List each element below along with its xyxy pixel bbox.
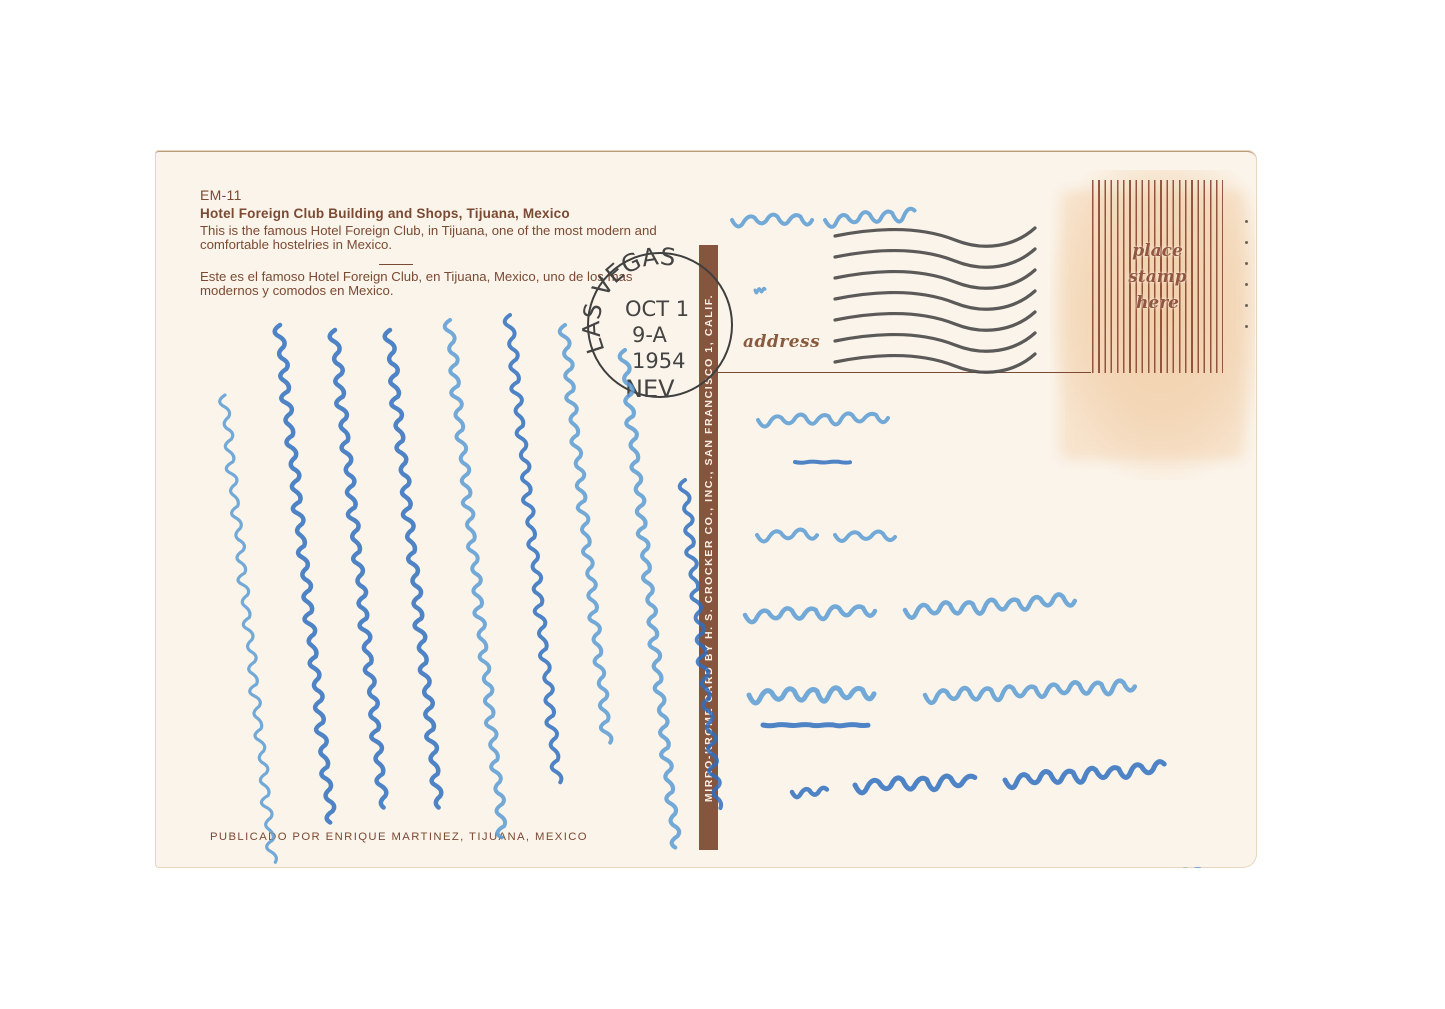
ink-overlay: LAS VEGAS OCT 1 9-A 1954 NEV bbox=[155, 150, 1257, 868]
postmark-circle: LAS VEGAS OCT 1 9-A 1954 NEV bbox=[577, 242, 732, 403]
svg-text:1954: 1954 bbox=[632, 349, 685, 373]
postcard-back: EM-11 Hotel Foreign Club Building and Sh… bbox=[155, 150, 1257, 868]
svg-text:OCT 1: OCT 1 bbox=[625, 297, 689, 321]
svg-text:9-A: 9-A bbox=[632, 323, 667, 347]
handwritten-message bbox=[220, 209, 1200, 868]
cancellation-lines bbox=[835, 228, 1035, 372]
